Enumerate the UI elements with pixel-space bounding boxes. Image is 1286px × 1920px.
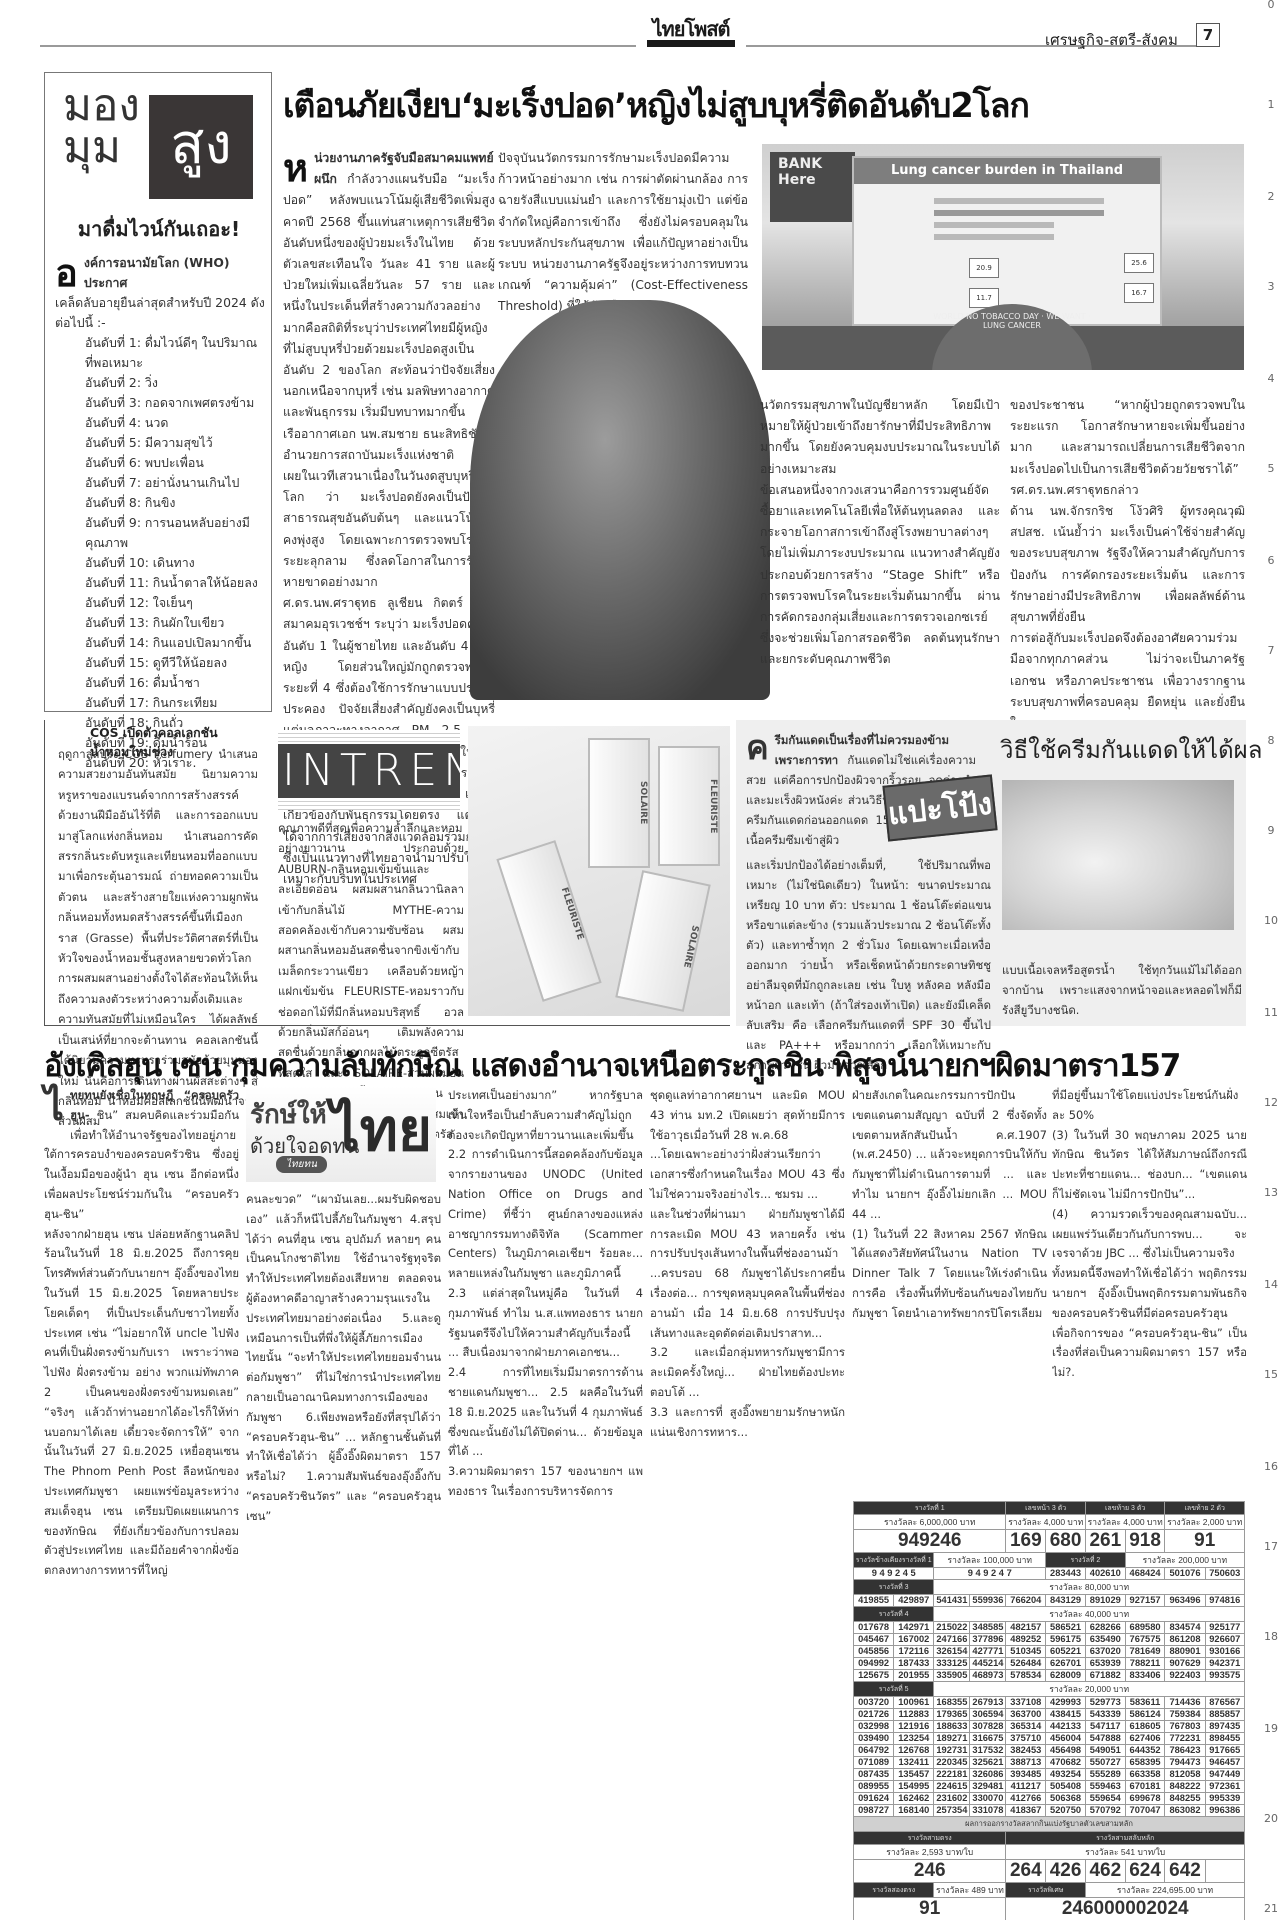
prize5-number: 848255 <box>1165 1793 1205 1805</box>
value-box: 25.6 <box>1124 253 1154 273</box>
lottery-row: 0329981219161886333078283653144421335471… <box>854 1721 1245 1733</box>
lung-article-col3: นวัตกรรมสุขภาพในบัญชียาหลัก โดยมีเป้าหมา… <box>760 395 1000 671</box>
lottery-row: 0899551549952246153294814112175054085594… <box>854 1781 1245 1793</box>
prize5-number: 363700 <box>1006 1709 1046 1721</box>
lottery-cell: รางวัลพิเศษ <box>1006 1883 1085 1898</box>
prize5-number: 168140 <box>894 1805 934 1817</box>
prize5-number: 663358 <box>1125 1769 1165 1781</box>
prize4-number: 578534 <box>1006 1670 1046 1682</box>
prize4-number: 596175 <box>1046 1634 1086 1646</box>
lottery-cell: รางวัลละ 100,000 บาท <box>934 1553 1046 1568</box>
perfume-bottle: SOLAIRE <box>588 738 650 868</box>
ruler-mark: 6 <box>1256 554 1286 567</box>
lung-headline: เตือนภัยเงียบ‘มะเร็งปอด’หญิงไม่สูบบุหรี่… <box>283 78 1233 132</box>
column-body: อ งค์การอนามัยโลก (WHO) ประกาศ เคล็ดลับอ… <box>55 253 265 773</box>
lottery-cell: รางวัลละ 6,000,000 บาท <box>854 1515 1006 1530</box>
prize5-number: 162462 <box>894 1793 934 1805</box>
politics-col1: ไ ทยทนยังเชื่อในทฤษฎี “ครอบครัวฮุน- ชิน”… <box>44 1086 239 1581</box>
prize5-number: 224615 <box>934 1781 970 1793</box>
prize5-number: 644352 <box>1125 1745 1165 1757</box>
prize5-number: 003720 <box>854 1697 894 1709</box>
prize5-number: 429993 <box>1046 1697 1086 1709</box>
prize5-number: 456004 <box>1046 1733 1086 1745</box>
prize4-number: 628009 <box>1046 1670 1086 1682</box>
prize5-number: 192731 <box>934 1745 970 1757</box>
prize4-number: 333125 <box>934 1658 970 1670</box>
prize3-number: 963496 <box>1165 1595 1205 1607</box>
prize4-number: 767575 <box>1125 1634 1165 1646</box>
prize4-number: 637020 <box>1085 1646 1125 1658</box>
chart-bar <box>934 234 1054 240</box>
prize5-number: 885857 <box>1205 1709 1244 1721</box>
prize5-number: 898455 <box>1205 1733 1244 1745</box>
special-number: 246000002024 <box>1006 1898 1245 1920</box>
prize5-number: 418367 <box>1006 1805 1046 1817</box>
prize4-number: 880901 <box>1165 1646 1205 1658</box>
drop-cap: อ <box>55 253 78 293</box>
lottery-row: รางวัลที่ 4รางวัลละ 40,000 บาท <box>854 1607 1245 1622</box>
back2-number: 91 <box>1165 1530 1245 1553</box>
chart-bar <box>934 222 1054 228</box>
prize5-number: 089955 <box>854 1781 894 1793</box>
prize5-number: 325621 <box>970 1757 1006 1769</box>
lottery-cell: รางวัลที่ 4 <box>854 1607 934 1622</box>
prize5-number: 493254 <box>1046 1769 1086 1781</box>
tod3-number: 264 <box>1006 1860 1046 1883</box>
presentation-screen: Lung cancer burden in Thailand 20.9 11.7… <box>852 156 1162 326</box>
prize5-number: 470682 <box>1046 1757 1086 1769</box>
ruler-mark: 12 <box>1256 1096 1286 1109</box>
page-ruler: 0123456789101112131415161718192021 <box>1256 0 1286 1920</box>
perfume-bottle: SOLAIRE <box>615 870 710 1012</box>
prize4-number: 861208 <box>1165 1634 1205 1646</box>
prize3-number: 419855 <box>854 1595 894 1607</box>
lottery-cell: รางวัลสามสลับหลัก <box>1006 1832 1245 1845</box>
prize5-number: 329481 <box>970 1781 1006 1793</box>
prize5-number: 627406 <box>1125 1733 1165 1745</box>
prize4-number: 489252 <box>1006 1634 1046 1646</box>
prize4-number: 094992 <box>854 1658 894 1670</box>
prize1-number: 949246 <box>854 1530 1006 1553</box>
drop-cap: ไ <box>44 1086 64 1128</box>
perfume-bottle: FLEURISTE <box>496 840 601 1002</box>
ruler-mark: 16 <box>1256 1460 1286 1473</box>
politics-headline: อังเคิลฮุน เซน กุมความลับทักษิณ แสดงอำนา… <box>44 1040 1254 1090</box>
prize5-number: 549051 <box>1085 1745 1125 1757</box>
prize5-number: 543339 <box>1085 1709 1125 1721</box>
lottery-cell: รางวัลละ 2,593 บาท/ใบ <box>854 1845 1006 1860</box>
column-intro: เคล็ดลับอายุยืนล่าสุดสำหรับปี 2024 ดังต่… <box>55 293 265 333</box>
prize4-number: 833406 <box>1125 1670 1165 1682</box>
lottery-cell: รางวัลละ 224,695.00 บาท <box>1085 1883 1244 1898</box>
prize5-number: 772231 <box>1165 1733 1205 1745</box>
prize5-number: 087435 <box>854 1769 894 1781</box>
lottery-row: 0710891324112203453256213887134706825507… <box>854 1757 1245 1769</box>
newspaper-logo: ไทยโพสต์ <box>636 18 746 52</box>
prize5-number: 438415 <box>1046 1709 1086 1721</box>
ruler-mark: 21 <box>1256 1902 1286 1915</box>
prize5-number: 995339 <box>1205 1793 1244 1805</box>
prize5-number: 393485 <box>1006 1769 1046 1781</box>
lottery-cell: 9 4 9 2 4 7 <box>934 1568 1046 1580</box>
prize5-number: 586124 <box>1125 1709 1165 1721</box>
lottery-row: รางวัลที่ 3รางวัลละ 80,000 บาท <box>854 1580 1245 1595</box>
rank-item: อันดับที่ 7: อย่านั่งนานเกินไป <box>55 473 265 493</box>
prize5-number: 132411 <box>894 1757 934 1769</box>
ruler-mark: 4 <box>1256 372 1286 385</box>
chart-bar <box>934 198 1104 204</box>
ruler-mark: 2 <box>1256 190 1286 203</box>
prize5-number: 529773 <box>1085 1697 1125 1709</box>
prize5-number: 547888 <box>1085 1733 1125 1745</box>
prize4-number: 201955 <box>894 1670 934 1682</box>
column-logo-left: มอง มุม <box>63 85 140 169</box>
lottery-row: 0217261128831793653065943637004384155433… <box>854 1709 1245 1721</box>
prize4-number: 993575 <box>1205 1670 1244 1682</box>
ruler-mark: 17 <box>1256 1540 1286 1553</box>
lottery-row: 4198554298975414315599367662048431298910… <box>854 1595 1245 1607</box>
prize4-number: 335905 <box>934 1670 970 1682</box>
prize4-number: 482157 <box>1006 1622 1046 1634</box>
rank-item: อันดับที่ 17: กินกระเทียม <box>55 693 265 713</box>
prize5-number: 658395 <box>1125 1757 1165 1769</box>
ruler-mark: 10 <box>1256 914 1286 927</box>
ruler-mark: 5 <box>1256 462 1286 475</box>
column-box: มอง มุม สูง มาดื่มไวน์กันเถอะ! อ งค์การอ… <box>44 72 272 712</box>
lottery-row: 94924616968026191891 <box>854 1530 1245 1553</box>
prize5-number: 583611 <box>1125 1697 1165 1709</box>
sunscreen-caption: แบบเนื้อเจลหรือสูตรน้ำ ใช้ทุกวันแม้ไม่ได… <box>1002 960 1242 1020</box>
page-number: 7 <box>1196 23 1220 47</box>
forum-photo: BANK Here Lung cancer burden in Thailand… <box>762 144 1244 370</box>
prize5-number: 112883 <box>894 1709 934 1721</box>
prize4-number: 427771 <box>970 1646 1006 1658</box>
prize5-number: 670181 <box>1125 1781 1165 1793</box>
prize4-number: 930166 <box>1205 1646 1244 1658</box>
prize3-number: 541431 <box>934 1595 970 1607</box>
prize5-number: 559654 <box>1085 1793 1125 1805</box>
prize4-number: 326154 <box>934 1646 970 1658</box>
prize5-number: 071089 <box>854 1757 894 1769</box>
back3-header: เลขท้าย 3 ตัว <box>1085 1502 1164 1515</box>
rank-item: อันดับที่ 3: กอดจากเพศตรงข้าม <box>55 393 265 413</box>
lottery-row: รางวัลละ 2,593 บาท/ใบรางวัลละ 541 บาท/ใบ <box>854 1845 1245 1860</box>
lottery-row: 0454671670022471663778964892525961756354… <box>854 1634 1245 1646</box>
prize3-number: 891029 <box>1085 1595 1125 1607</box>
prize5-number: 947449 <box>1205 1769 1244 1781</box>
prize2-number: 402610 <box>1085 1568 1125 1580</box>
lottery-row: ผลการออกรางวัลสลากกินแบ่งรัฐบาลตัวเลขสาม… <box>854 1817 1245 1832</box>
lottery-row: รางวัลละ 6,000,000 บาทรางวัลละ 4,000 บาท… <box>854 1515 1245 1530</box>
lottery-row: 0916241624622316023300704127665063685596… <box>854 1793 1245 1805</box>
lottery-row: รางวัลสามตรงรางวัลสามสลับหลัก <box>854 1832 1245 1845</box>
prize4-number: 377896 <box>970 1634 1006 1646</box>
prize3-number: 974816 <box>1205 1595 1244 1607</box>
prize2-number: 468424 <box>1125 1568 1165 1580</box>
rank-item: อันดับที่ 12: ใจเย็นๆ <box>55 593 265 613</box>
tod3-number: 624 <box>1125 1860 1165 1883</box>
prize5-number: 412766 <box>1006 1793 1046 1805</box>
prize5-number: 996386 <box>1205 1805 1244 1817</box>
prize5-number: 267913 <box>970 1697 1006 1709</box>
prize5-number: 618605 <box>1125 1721 1165 1733</box>
prize3-number: 766204 <box>1006 1595 1046 1607</box>
prize4-number: 125675 <box>854 1670 894 1682</box>
prize5-number: 550727 <box>1085 1757 1125 1769</box>
prize5-number: 222181 <box>934 1769 970 1781</box>
prize4-number: 172116 <box>894 1646 934 1658</box>
prize3-number: 843129 <box>1046 1595 1086 1607</box>
prize5-number: 021726 <box>854 1709 894 1721</box>
prize4-number: 907629 <box>1165 1658 1205 1670</box>
prize5-number: 091624 <box>854 1793 894 1805</box>
column-logo-right: สูง <box>149 95 253 199</box>
lottery-cell: รางวัลละ 4,000 บาท <box>1085 1515 1164 1530</box>
speaker-photo <box>470 300 770 700</box>
prize5-number: 848222 <box>1165 1781 1205 1793</box>
drop-cap: ห <box>283 148 308 188</box>
prize4-number: 586521 <box>1046 1622 1086 1634</box>
prize5-number: 972361 <box>1205 1781 1244 1793</box>
prize5-number: 126768 <box>894 1745 934 1757</box>
prize3-number: 429897 <box>894 1595 934 1607</box>
lottery-cell: รางวัลที่ 2 <box>1046 1553 1125 1568</box>
prize5-number: 032998 <box>854 1721 894 1733</box>
prize5-number: 337108 <box>1006 1697 1046 1709</box>
empty-cell <box>1205 1860 1244 1883</box>
lottery-cell: รางวัลละ 4,000 บาท <box>1006 1515 1085 1530</box>
rank-item: อันดับที่ 8: กินขิง <box>55 493 265 513</box>
column-lead: งค์การอนามัยโลก (WHO) ประกาศ <box>84 255 230 290</box>
lottery-cell: รางวัลสามตรง <box>854 1832 1006 1845</box>
prize5-number: 506368 <box>1046 1793 1086 1805</box>
lottery-cell: รางวัลที่ 5 <box>854 1682 934 1697</box>
logo-text: ไทยโพสต์ <box>636 18 746 40</box>
stage-banner: WORLD NO TOBACCO DAY · WE WANT · LUNG CA… <box>932 304 1092 370</box>
drop-cap: ค <box>746 730 769 766</box>
newspaper-page: ไทยโพสต์ เศรษฐกิจ-สตรี-สังคม 7 มอง มุม ส… <box>0 0 1255 1920</box>
prize4-number: 922403 <box>1165 1670 1205 1682</box>
rank-item: อันดับที่ 16: ดื่มน้ำชา <box>55 673 265 693</box>
tod3-number: 462 <box>1085 1860 1125 1883</box>
lottery-row: 1256752019553359054689735785346280096718… <box>854 1670 1245 1682</box>
ruler-mark: 18 <box>1256 1630 1286 1643</box>
prize5-number: 897435 <box>1205 1721 1244 1733</box>
prize5-number: 863082 <box>1165 1805 1205 1817</box>
prize5-number: 257354 <box>934 1805 970 1817</box>
prize5-number: 064792 <box>854 1745 894 1757</box>
back3-number: 918 <box>1125 1530 1165 1553</box>
ruler-mark: 3 <box>1256 280 1286 293</box>
prize5-number: 168355 <box>934 1697 970 1709</box>
prize4-number: 926607 <box>1205 1634 1244 1646</box>
prize5-number: 714436 <box>1165 1697 1205 1709</box>
intrend-logo: INTREND <box>278 730 460 810</box>
rank-item: อันดับที่ 14: กินแอปเปิลมากขึ้น <box>55 633 265 653</box>
prize5-number: 707047 <box>1125 1805 1165 1817</box>
perfume-bottle: FLEURISTE <box>658 746 720 866</box>
lottery-row: 0874351354572221813260863934854932545552… <box>854 1769 1245 1781</box>
lottery-row: 0394901232541892713166753757104560045478… <box>854 1733 1245 1745</box>
ruler-mark: 19 <box>1256 1722 1286 1735</box>
prize5-number: 375710 <box>1006 1733 1046 1745</box>
prize5-number: 388713 <box>1006 1757 1046 1769</box>
tod3-number: 642 <box>1165 1860 1205 1883</box>
section-label: เศรษฐกิจ-สตรี-สังคม <box>1045 28 1178 52</box>
prize5-number: 699678 <box>1125 1793 1165 1805</box>
prize5-number: 946457 <box>1205 1757 1244 1769</box>
rank-item: อันดับที่ 11: กินน้ำตาลให้น้อยลง <box>55 573 265 593</box>
perfume-photo: SOLAIRE FLEURISTE FLEURISTE SOLAIRE <box>468 726 730 1016</box>
lottery-row: รางวัลข้างเคียงรางวัลที่ 1รางวัลละ 100,0… <box>854 1553 1245 1568</box>
prize1-header: รางวัลที่ 1 <box>854 1502 1006 1515</box>
lottery-cell: รางวัลละ 200,000 บาท <box>1125 1553 1244 1568</box>
prize4-number: 671882 <box>1085 1670 1125 1682</box>
prize5-number: 330070 <box>970 1793 1006 1805</box>
prize4-number: 445214 <box>970 1658 1006 1670</box>
lottery-cell: รางวัลสองตรง <box>854 1883 934 1898</box>
lottery-row: 9 4 9 2 4 59 4 9 2 4 7283443402610468424… <box>854 1568 1245 1580</box>
back2-header: เลขท้าย 2 ตัว <box>1165 1502 1245 1515</box>
prize4-number: 142971 <box>894 1622 934 1634</box>
prize4-number: 788211 <box>1125 1658 1165 1670</box>
rank-list: อันดับที่ 1: ดื่มไวน์ดีๆ ในปริมาณที่พอเห… <box>55 333 265 773</box>
lottery-cell: 9 4 9 2 4 5 <box>854 1568 934 1580</box>
politics-col6: ที่มีอยู่ขึ้นมาใช้โดยแบ่งประโยชน์กันฝั่ง… <box>1052 1086 1247 1506</box>
prize5-number: 876567 <box>1205 1697 1244 1709</box>
lottery-row: 0037201009611683552679133371084299935297… <box>854 1697 1245 1709</box>
lottery-row: 0987271681402573543310784183675207505707… <box>854 1805 1245 1817</box>
rank-item: อันดับที่ 2: วิ่ง <box>55 373 265 393</box>
prize2-number: 501076 <box>1165 1568 1205 1580</box>
lottery-cell: รางวัลที่ 3 <box>854 1580 934 1595</box>
three-digit-title: ผลการออกรางวัลสลากกินแบ่งรัฐบาลตัวเลขสาม… <box>854 1817 1245 1832</box>
ruler-mark: 0 <box>1256 0 1286 11</box>
prize5-number: 382453 <box>1006 1745 1046 1757</box>
ruler-mark: 9 <box>1256 824 1286 837</box>
prize5-number: 317532 <box>970 1745 1006 1757</box>
lottery-row: 0458561721163261544277715103456052216370… <box>854 1646 1245 1658</box>
chart-bar <box>934 210 1104 216</box>
prize4-number: 942371 <box>1205 1658 1244 1670</box>
prize5-number: 231602 <box>934 1793 970 1805</box>
prize5-number: 767803 <box>1165 1721 1205 1733</box>
ruler-mark: 20 <box>1256 1812 1286 1825</box>
prize4-number: 925177 <box>1205 1622 1244 1634</box>
masthead-rule <box>40 45 1220 47</box>
prize5-number: 039490 <box>854 1733 894 1745</box>
prize5-number: 189271 <box>934 1733 970 1745</box>
politics-col2: คนละขวด” “เผามันเลย...ผมรับผิดชอบเอง” แล… <box>246 1190 441 1527</box>
prize5-number: 307828 <box>970 1721 1006 1733</box>
prize5-number: 123254 <box>894 1733 934 1745</box>
rank-item: อันดับที่ 13: กินผักใบเขียว <box>55 613 265 633</box>
prize5-number: 794473 <box>1165 1757 1205 1769</box>
prize4-number: 834574 <box>1165 1622 1205 1634</box>
lottery-cell: รางวัลละ 20,000 บาท <box>934 1682 1245 1697</box>
prize5-number: 555289 <box>1085 1769 1125 1781</box>
prize4-number: 247166 <box>934 1634 970 1646</box>
prize4-number: 045467 <box>854 1634 894 1646</box>
prize5-number: 442133 <box>1046 1721 1086 1733</box>
prize5-number: 188633 <box>934 1721 970 1733</box>
lottery-cell: รางวัลละ 541 บาท/ใบ <box>1006 1845 1245 1860</box>
rakthai-logo-small: รักษ์ให้ <box>250 1100 327 1130</box>
prize5-number: 559463 <box>1085 1781 1125 1793</box>
straight2-number: 91 <box>854 1898 1006 1920</box>
prize5-number: 456498 <box>1046 1745 1086 1757</box>
prize4-number: 215022 <box>934 1622 970 1634</box>
rank-item: อันดับที่ 10: เดินทาง <box>55 553 265 573</box>
lottery-row: 91246000002024 <box>854 1898 1245 1920</box>
prize4-number: 781649 <box>1125 1646 1165 1658</box>
lottery-row: 0949921874333331254452145264846267016539… <box>854 1658 1245 1670</box>
prize5-number: 316675 <box>970 1733 1006 1745</box>
sunscreen-photo <box>1002 780 1234 930</box>
politics-col3: ประเทศเป็นอย่างมาก” หากรัฐบาลเห็นใจหรือเ… <box>448 1086 643 1502</box>
prize5-number: 786423 <box>1165 1745 1205 1757</box>
lung-article-col2: ปัจจุบันนวัตกรรมการรักษามะเร็งปอดมีความก… <box>498 148 748 318</box>
lottery-row: รางวัลสองตรงรางวัลละ 489 บาทรางวัลพิเศษร… <box>854 1883 1245 1898</box>
politics-col1-text: ชิน” สมคบคิดและร่วมมือกันเพื่อทำให้อำนาจ… <box>44 1108 239 1577</box>
prize5-number: 179365 <box>934 1709 970 1721</box>
prize5-number: 100961 <box>894 1697 934 1709</box>
lottery-cell: รางวัลละ 80,000 บาท <box>934 1580 1245 1595</box>
lottery-row: รางวัลที่ 1เลขหน้า 3 ตัวเลขท้าย 3 ตัวเลข… <box>854 1502 1245 1515</box>
prize2-number: 283443 <box>1046 1568 1086 1580</box>
prize5-number: 331078 <box>970 1805 1006 1817</box>
prize4-number: 635490 <box>1085 1634 1125 1646</box>
back3-number: 261 <box>1085 1530 1125 1553</box>
lottery-cell: รางวัลละ 489 บาท <box>934 1883 1006 1898</box>
prize4-number: 468973 <box>970 1670 1006 1682</box>
prize5-number: 917665 <box>1205 1745 1244 1757</box>
prize5-number: 306594 <box>970 1709 1006 1721</box>
prize5-number: 547117 <box>1085 1721 1125 1733</box>
prize4-number: 626701 <box>1046 1658 1086 1670</box>
lottery-row: รางวัลที่ 5รางวัลละ 20,000 บาท <box>854 1682 1245 1697</box>
value-box: 20.9 <box>969 258 999 278</box>
lottery-results-table: รางวัลที่ 1เลขหน้า 3 ตัวเลขท้าย 3 ตัวเลข… <box>853 1501 1245 1920</box>
rank-item: อันดับที่ 15: ดูทีวีให้น้อยลง <box>55 653 265 673</box>
front3-number: 169 <box>1006 1530 1046 1553</box>
prize4-number: 187433 <box>894 1658 934 1670</box>
logo-tagline-bar <box>647 40 735 47</box>
prize5-number: 759384 <box>1165 1709 1205 1721</box>
prize4-number: 653939 <box>1085 1658 1125 1670</box>
prize5-number: 326086 <box>970 1769 1006 1781</box>
ruler-mark: 7 <box>1256 644 1286 657</box>
prize5-number: 365314 <box>1006 1721 1046 1733</box>
prize4-number: 045856 <box>854 1646 894 1658</box>
rank-item: อันดับที่ 4: นวด <box>55 413 265 433</box>
lottery-cell: รางวัลข้างเคียงรางวัลที่ 1 <box>854 1553 934 1568</box>
prize3-number: 559936 <box>970 1595 1006 1607</box>
ruler-mark: 8 <box>1256 734 1286 747</box>
rank-item: อันดับที่ 9: การนอนหลับอย่างมีคุณภาพ <box>55 513 265 553</box>
ruler-mark: 14 <box>1256 1278 1286 1291</box>
column-title: มาดื่มไวน์กันเถอะ! <box>45 213 273 245</box>
front3-number: 680 <box>1046 1530 1086 1553</box>
value-box: 16.7 <box>1124 283 1154 303</box>
politics-col4: ชุดดูแลท่าอากาศยานฯ และมิด MOU 43 ท่าน ม… <box>650 1086 845 1442</box>
prize4-number: 628266 <box>1085 1622 1125 1634</box>
prize5-number: 220345 <box>934 1757 970 1769</box>
lottery-cell: รางวัลละ 2,000 บาท <box>1165 1515 1245 1530</box>
intrend-logo-text: INTREND <box>278 744 460 798</box>
lung-article-col4: ของประชาชน “หากผู้ป่วยถูกตรวจพบในระยะแรก… <box>1010 395 1245 734</box>
tod3-number: 426 <box>1046 1860 1086 1883</box>
